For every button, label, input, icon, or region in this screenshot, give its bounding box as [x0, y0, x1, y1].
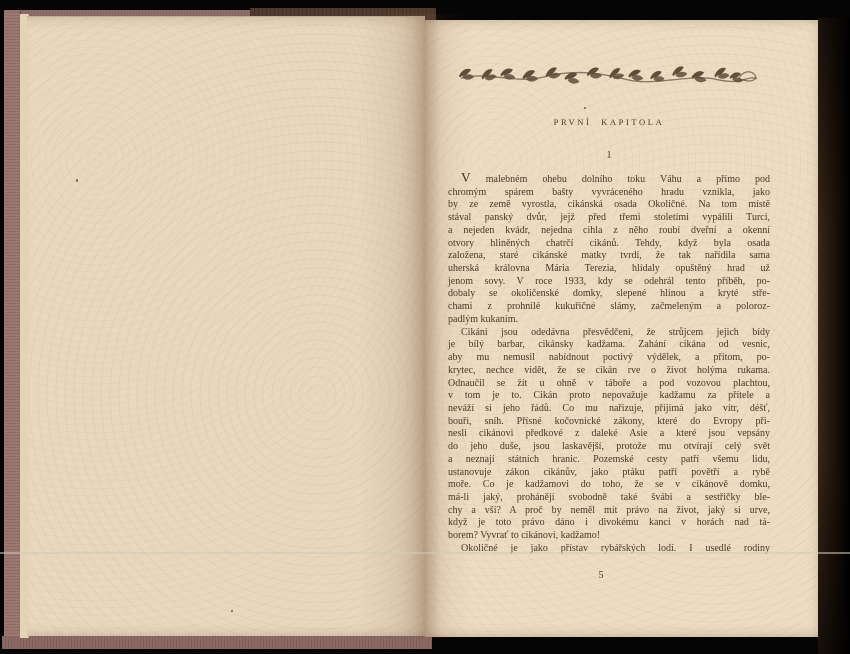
vine-ornament: [457, 66, 759, 88]
text-line: založena, staré cikánské matky tvrdí, že…: [448, 250, 770, 263]
book-cover-left-edge: [4, 11, 21, 649]
text-line: nesli cikánovi předkové z daleké Asie a …: [448, 428, 770, 441]
book-scan: PRVNÍ KAPITOLA 1 V malebném ohebu dolníh…: [0, 0, 850, 654]
text-line: stával panský dvůr, jejž před třemi stol…: [448, 212, 770, 225]
text-line: krytec, nechce vidět, že se cikán rve o …: [448, 365, 770, 378]
text-line: chy a vši? A proč by neměl mít právo na …: [448, 505, 770, 518]
right-text-page: PRVNÍ KAPITOLA 1 V malebném ohebu dolníh…: [425, 20, 819, 637]
paper-speck: [76, 179, 78, 182]
text-line: ustanovuje zákon cikánův, jako ptáku pat…: [448, 467, 770, 480]
text-line: dobaly se okoličenské domky, slepené hlí…: [448, 288, 770, 301]
text-line: do jeho duše, jsou laskavější, protože m…: [448, 441, 770, 454]
page-number: 5: [448, 570, 754, 581]
text-line: padlým kukaním.: [448, 314, 770, 327]
text-line: Odnaučil se žít u ohně v táboře a pod vo…: [448, 378, 770, 391]
text-line: aby mu nemusil nabídnout poctivý výdělek…: [448, 352, 770, 365]
text-line: uherská královna Mária Terezia, hlídaly …: [448, 263, 770, 276]
body-text: V malebném ohebu dolního toku Váhu a pří…: [448, 174, 770, 556]
text-line: a neznají státních hranic. Pozemské cest…: [448, 454, 770, 467]
text-line: borem? Vyvrať to cikánovi, kadžamo!: [448, 530, 770, 543]
text-line: v tom je to. Cikán proto nepovažuje kadž…: [448, 390, 770, 403]
chapter-heading: PRVNÍ KAPITOLA: [448, 117, 770, 127]
text-line: by ze země vyrostla, cikánská osada Okol…: [448, 199, 770, 212]
text-line: chami z prohnilé kukuřičné slámy, začmel…: [448, 301, 770, 314]
left-blank-page: [27, 16, 425, 636]
paper-speck: [584, 107, 586, 109]
section-number: 1: [448, 150, 770, 161]
text-line: Cikáni jsou odedávna přesvědčeni, že str…: [448, 327, 770, 340]
text-line: je bílý barbar, cikánsky kadžama. Zahání…: [448, 339, 770, 352]
text-line: má-li jaký, prohánějí svobodně také šváb…: [448, 492, 770, 505]
text-line: neváží si jeho řádů. Co mu nařizuje, při…: [448, 403, 770, 416]
text-line: chromým spárem bašty vyvráceného hradu v…: [448, 187, 770, 200]
text-line: moře. Co je kadžamovi do toho, že se v c…: [448, 479, 770, 492]
text-line: V malebném ohebu dolního toku Váhu a pří…: [448, 174, 770, 187]
book-cover-bottom-edge: [2, 636, 432, 649]
text-line: Okoličné je jako přístav rybářských lodí…: [448, 543, 770, 556]
text-line: otvory hliněných chatrčí cikánů. Tehdy, …: [448, 238, 770, 251]
text-line: když je toto právo dáno i divokému kanci…: [448, 517, 770, 530]
inner-cover-shadow: [818, 18, 850, 654]
text-line: a nejeden kvádr, nejedna cihla z něho ro…: [448, 225, 770, 238]
text-line: jenom sovy. V roce 1933, kdy se odehrál …: [448, 276, 770, 289]
paper-speck: [231, 610, 233, 612]
paragraph-initial: V: [461, 170, 471, 185]
text-line: bouři, sníh. Přísné kočovnické zákony, k…: [448, 416, 770, 429]
